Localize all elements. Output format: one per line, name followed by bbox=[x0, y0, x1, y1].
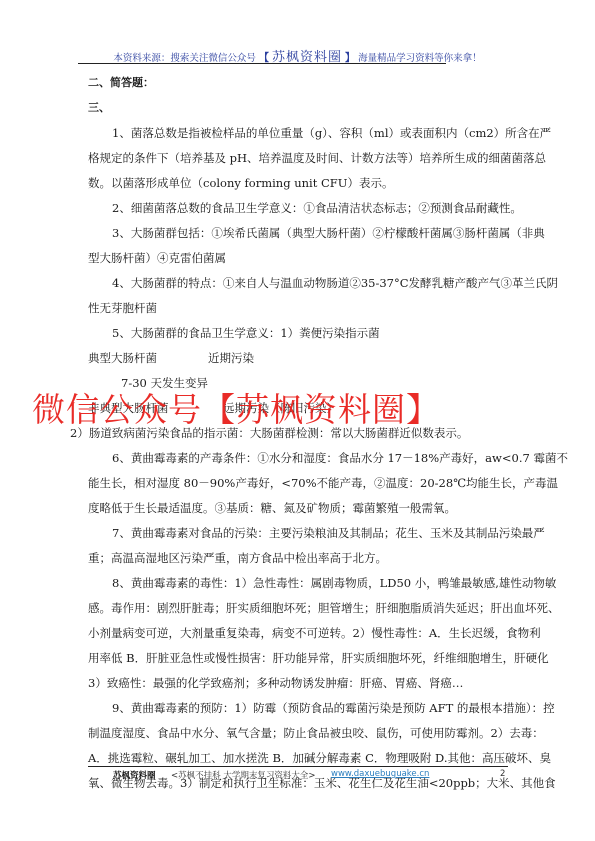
watermark-overlay: 微信公众号【苏枫资料圈】 bbox=[32, 390, 572, 430]
footer-divider bbox=[88, 766, 508, 767]
diagram-label-mutation: 7-30 天发生变异 bbox=[121, 376, 208, 390]
page-number: 2 bbox=[500, 769, 505, 779]
paragraph-line: 感。毒作用：剧烈肝脏毒；肝实质细胞坏死；胆管增生；肝细胞脂质消失延迟；肝出血坏死… bbox=[88, 601, 560, 615]
paragraph-line: 格规定的条件下（培养基及 pH、培养温度及时间、计数方法等）培养所生成的细菌菌落… bbox=[88, 151, 546, 165]
paragraph-line: 重；高温高湿地区污染严重，南方食品中检出率高于北方。 bbox=[88, 551, 387, 565]
paragraph-line: 6、黄曲霉毒素的产毒条件：①水分和湿度：食品水分 17－18%产毒好，aw<0.… bbox=[112, 451, 568, 465]
diagram-label-typical: 典型大肠杆菌 bbox=[88, 351, 157, 365]
paragraph-line: 度略低于生长最适温度。③基质：糖、氮及矿物质；霉菌繁殖一般需氧。 bbox=[88, 501, 456, 515]
subsection-title: 三、 bbox=[88, 101, 110, 115]
paragraph-line: 1、菌落总数是指被检样品的单位重量（g）、容积（ml）或表面积内（cm2）所含在… bbox=[112, 126, 551, 140]
paragraph-line: 数。以菌落形成单位（colony forming unit CFU）表示。 bbox=[88, 176, 393, 190]
paragraph-line: 8、黄曲霉毒素的毒性：1）急性毒性：属剧毒物质，LD50 小，鸭雏最敏感,雄性动… bbox=[112, 576, 556, 590]
paragraph-line: 用率低 B．肝脏亚急性或慢性损害：肝功能异常，肝实质细胞坏死，纤维细胞增生，肝硬… bbox=[88, 651, 549, 665]
paragraph-line: A．挑选霉粒、碾轧加工、加水搓洗 B．加碱分解毒素 C．物理吸附 D.其他：高压… bbox=[88, 751, 551, 765]
paragraph-line: 能生长，相对湿度 80－90%产毒好，<70%不能产毒，②温度：20-28℃均能… bbox=[88, 476, 558, 490]
section-title: 二、简答题： bbox=[88, 76, 154, 90]
paragraph-line: 2、细菌菌落总数的食品卫生学意义：①食品清洁状态标志；②预测食品耐藏性。 bbox=[112, 201, 522, 215]
paragraph-line: 3、大肠菌群包括：①埃希氏菌属（典型大肠杆菌）②柠檬酸杆菌属③肠杆菌属（非典 bbox=[112, 226, 545, 240]
paragraph-line: 5、大肠菌群的食品卫生学意义：1）粪便污染指示菌 bbox=[112, 326, 380, 340]
paragraph-line: 性无芽胞杆菌 bbox=[88, 301, 157, 315]
paragraph-line: 氧、微生物去毒。3）制定和执行卫生标准：玉米、花生仁及花生油<20ppb；大米、… bbox=[88, 776, 556, 790]
footer-description: <苏枫不挂科 大学期末复习资料大全> bbox=[171, 769, 315, 781]
paragraph-line: 制温度湿度、食品中水分、氧气含量；防止食品被虫咬、鼠伤，可使用防霉剂。2）去毒： bbox=[88, 726, 544, 740]
header-divider bbox=[78, 63, 446, 64]
paragraph-line: 3）致癌性：最强的化学致癌剂；多种动物诱发肿瘤：肝癌、胃癌、肾癌… bbox=[88, 676, 463, 690]
paragraph-line: 4、大肠菌群的特点：①来自人与温血动物肠道②35-37°C发酵乳糖产酸产气③革兰… bbox=[112, 276, 558, 290]
diagram-label-recent: 近期污染 bbox=[208, 351, 254, 365]
footer-website-link[interactable]: www.daxuebuguake.cn bbox=[331, 769, 429, 779]
paragraph-line: 型大肠杆菌）④克雷伯菌属 bbox=[88, 251, 226, 265]
paragraph-line: 7、黄曲霉毒素对食品的污染：主要污染粮油及其制品；花生、玉米及其制品污染最严 bbox=[112, 526, 545, 540]
document-page: 本资料来源：搜索关注微信公众号 【 苏枫资料圈 】 海量精品学习资料等你来拿！ … bbox=[0, 0, 595, 841]
paragraph-line: 9、黄曲霉毒素的预防：1）防霉（预防食品的霉菌污染是预防 AFT 的最根本措施）… bbox=[112, 701, 555, 715]
footer-brand: 苏枫资料圈 bbox=[113, 769, 156, 781]
paragraph-line: 小剂量病变可逆，大剂量重复染毒，病变不可逆转。2）慢性毒性：A．生长迟缓，食物利 bbox=[88, 626, 541, 640]
